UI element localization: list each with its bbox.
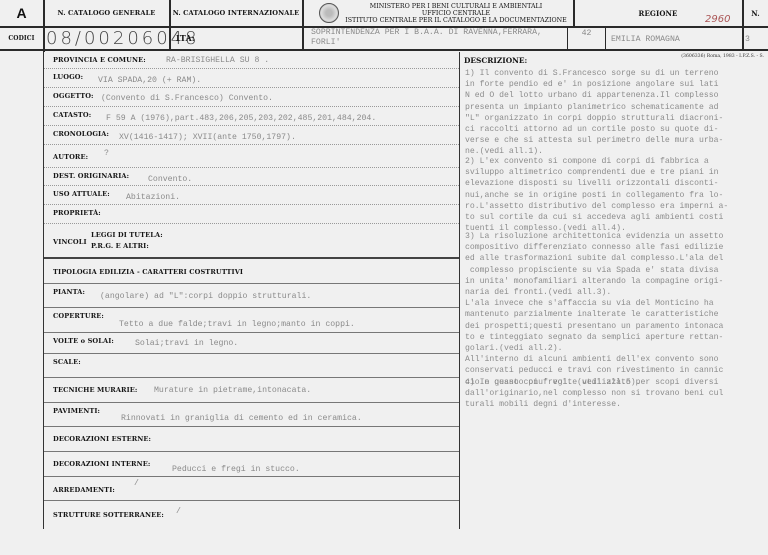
uso-attuale-row[interactable]: USO ATTUALE: Abitazioni. [44,186,459,205]
regione-field[interactable]: EMILIA ROMAGNA [611,28,680,46]
catalogo-internazionale-header: N. CATALOGO INTERNAZIONALE [170,0,302,26]
pianta-row[interactable]: PIANTA: (angolare) ad "L":corpi doppio s… [44,284,459,308]
provincia-row[interactable]: PROVINCIA E COMUNE: RA-BRISIGHELLA SU 8 … [44,52,459,69]
dest-originaria-row[interactable]: DEST. ORIGINARIA: Convento. [44,168,459,186]
codici-label: CODICI [0,27,43,49]
leggi-di-tutela-field[interactable]: LEGGI DI TUTELA: [91,231,163,239]
volte-solai-row[interactable]: VOLTE o SOLAI: Solai;travi in legno. [44,333,459,354]
handwritten-number: 2960 [705,14,730,25]
tipologia-section: TIPOLOGIA EDILIZIA - CARATTERI COSTRUTTI… [44,259,459,284]
identification-form: PROVINCIA E COMUNE: RA-BRISIGHELLA SU 8 … [43,52,460,529]
republic-emblem-icon [319,3,339,23]
pavimenti-row[interactable]: PAVIMENTI: Rinnovati in graniglia di cem… [44,403,459,427]
catalogo-generale-header: N. CATALOGO GENERALE [44,0,169,26]
decorazioni-interne-row[interactable]: DECORAZIONI INTERNE: Peducci e fregi in … [44,452,459,477]
n-header: N. [743,0,768,26]
scale-row[interactable]: SCALE: [44,354,459,378]
ita-field[interactable]: ITA: [170,27,302,49]
cronologia-row[interactable]: CRONOLOGIA: XV(1416-1417); XVII(ante 175… [44,126,459,145]
ministry-block: MINISTERO PER I BENI CULTURALI E AMBIENT… [303,0,573,26]
print-note: (3606336) Roma, 1983 - I.P.Z.S. - S. [681,54,764,59]
coperture-row[interactable]: COPERTURE: Tetto a due falde;travi in le… [44,308,459,333]
soprintendenza-field[interactable]: SOPRINTENDENZA PER I B.A.A. DI RAVENNA,F… [311,28,567,48]
strutture-sotterranee-row[interactable]: STRUTTURE SOTTERRANEE: / [44,501,459,529]
descrizione-paragraph-1: 1) Il convento di S.Francesco sorge su d… [465,68,723,158]
oggetto-row[interactable]: OGGETTO: (Convento di S.Francesco) Conve… [44,88,459,107]
tecniche-murarie-row[interactable]: TECNICHE MURARIE: Murature in pietrame,i… [44,378,459,403]
decorazioni-esterne-row[interactable]: DECORAZIONI ESTERNE: [44,427,459,452]
codice-field[interactable]: 08/00206048 [44,27,169,49]
descrizione-paragraph-3: 3) La risoluzione architettonica evidenz… [465,231,723,388]
catalog-card: A N. CATALOGO GENERALE N. CATALOGO INTER… [0,0,768,555]
luogo-row[interactable]: LUOGO: VIA SPADA,20 (+ RAM). [44,69,459,88]
vincoli-row: VINCOLI LEGGI DI TUTELA: P.R.G. E ALTRI: [44,224,459,259]
autore-row[interactable]: AUTORE: ? [44,145,459,168]
descrizione-section: DESCRIZIONE: (3606336) Roma, 1983 - I.P.… [462,52,768,472]
form-letter: A [0,0,43,26]
descrizione-paragraph-4: 4) In quanto piu' volte utilizzato per s… [465,377,723,411]
n-field[interactable]: 3 [745,28,750,46]
prg-e-altri-field[interactable]: P.R.G. E ALTRI: [91,242,149,250]
header: A N. CATALOGO GENERALE N. CATALOGO INTER… [0,0,768,50]
catasto-row[interactable]: CATASTO: F 59 A (1976),part.483,206,205,… [44,107,459,126]
code-42-field[interactable]: 42 [568,27,605,39]
arredamenti-row[interactable]: ARREDAMENTI: / [44,477,459,501]
descrizione-paragraph-2: 2) L'ex convento si compone di corpi di … [465,156,728,234]
proprieta-row[interactable]: PROPRIETÀ: [44,205,459,224]
